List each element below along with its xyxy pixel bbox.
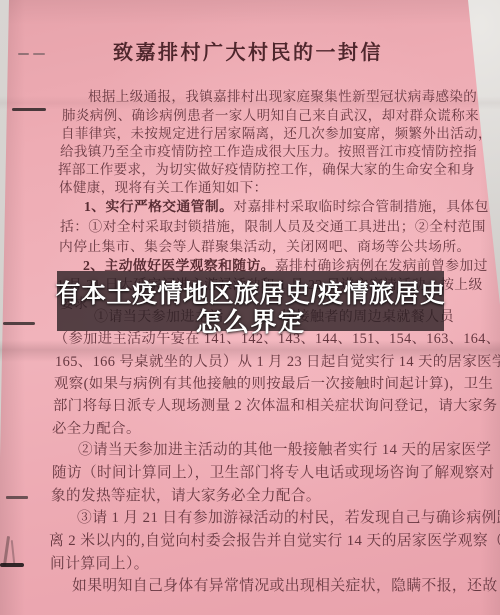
ink-mark [12, 108, 46, 111]
letter-line: 必全力配合。 [52, 417, 141, 438]
letter-line: 内停止集市、集会等人群聚集活动，关闭网吧、商场等公共场所。 [59, 235, 471, 255]
ink-mark [0, 563, 24, 567]
letter-line: ②请当天参加进主活动的其他一般接触者实行 14 天的居家医学 [78, 438, 491, 459]
caption-line-2: 怎么界定 [17, 302, 484, 339]
letter-line: 肺炎病例、确诊病例患者一家人明知自己来自武汉，却对群众谎称来 [62, 104, 479, 124]
letter-line: 间计算同上）。 [50, 552, 149, 573]
letter-line: 165、166 号桌就坐的人员）从 1 月 23 日起自觉实行 14 天的居家医… [55, 350, 500, 371]
letter-line: 根据上级通报，我镇嘉排村出现家庭聚集性新型冠状病毒感染的 [88, 85, 477, 105]
letter-line: 自菲律宾，未按规定进行居家隔离，还几次参加宴席，频繁外出活动， [61, 122, 492, 142]
letter-line: 部门将每日派专人现场测量 2 次体温和相关症状询问登记，请大家务 [53, 394, 498, 415]
letter-line: 观察(如果与病例有其他接触的则按最后一次接触时间起计算)，卫生 [54, 372, 493, 393]
letter-line: ③请 1 月 21 日有参加游禄活动的村民，若发现自己与确诊病例距 [77, 506, 500, 527]
letter-line: 括：①对全村采取封锁措施，限制人员及交通工具进出；②全村范围 [60, 215, 486, 235]
letter-line: 随访（时间计算同上），卫生部门将专人电话或现场咨询了解观察对 [52, 461, 495, 482]
ink-mark [6, 496, 28, 499]
ink-mark [18, 53, 29, 55]
letter-line: 1、实行严格交通管制。对嘉排村采取临时综合管制措施，具体包 [84, 195, 489, 215]
letter-title: 致嘉排村广大村民的一封信 [10, 36, 486, 65]
ink-mark [33, 53, 45, 55]
letter-line: 象的发热等症状，请大家务必全力配合。 [51, 484, 321, 505]
letter-line: 给我镇乃至全市疫情防控工作造成很大压力。按照晋江市疫情防控指 [60, 140, 477, 160]
letter-line: 挥部工作要求，为切实做好疫情防控工作，确保大家的生命安全和身 [58, 158, 475, 178]
caption-overlay: 有本土疫情地区旅居史/疫情旅居史 怎么界定 [57, 271, 444, 331]
letter-line: 离 2 米以内的,自觉向村委会报告并自觉实行 14 天的居家医学观察（时 [49, 529, 500, 550]
letter-line: 体健康，现将有关工作通知如下： [59, 176, 268, 196]
letter-line: 如果明知自己身体有异常情况或出现相关症状，隐瞒不报，还故 [72, 574, 498, 595]
